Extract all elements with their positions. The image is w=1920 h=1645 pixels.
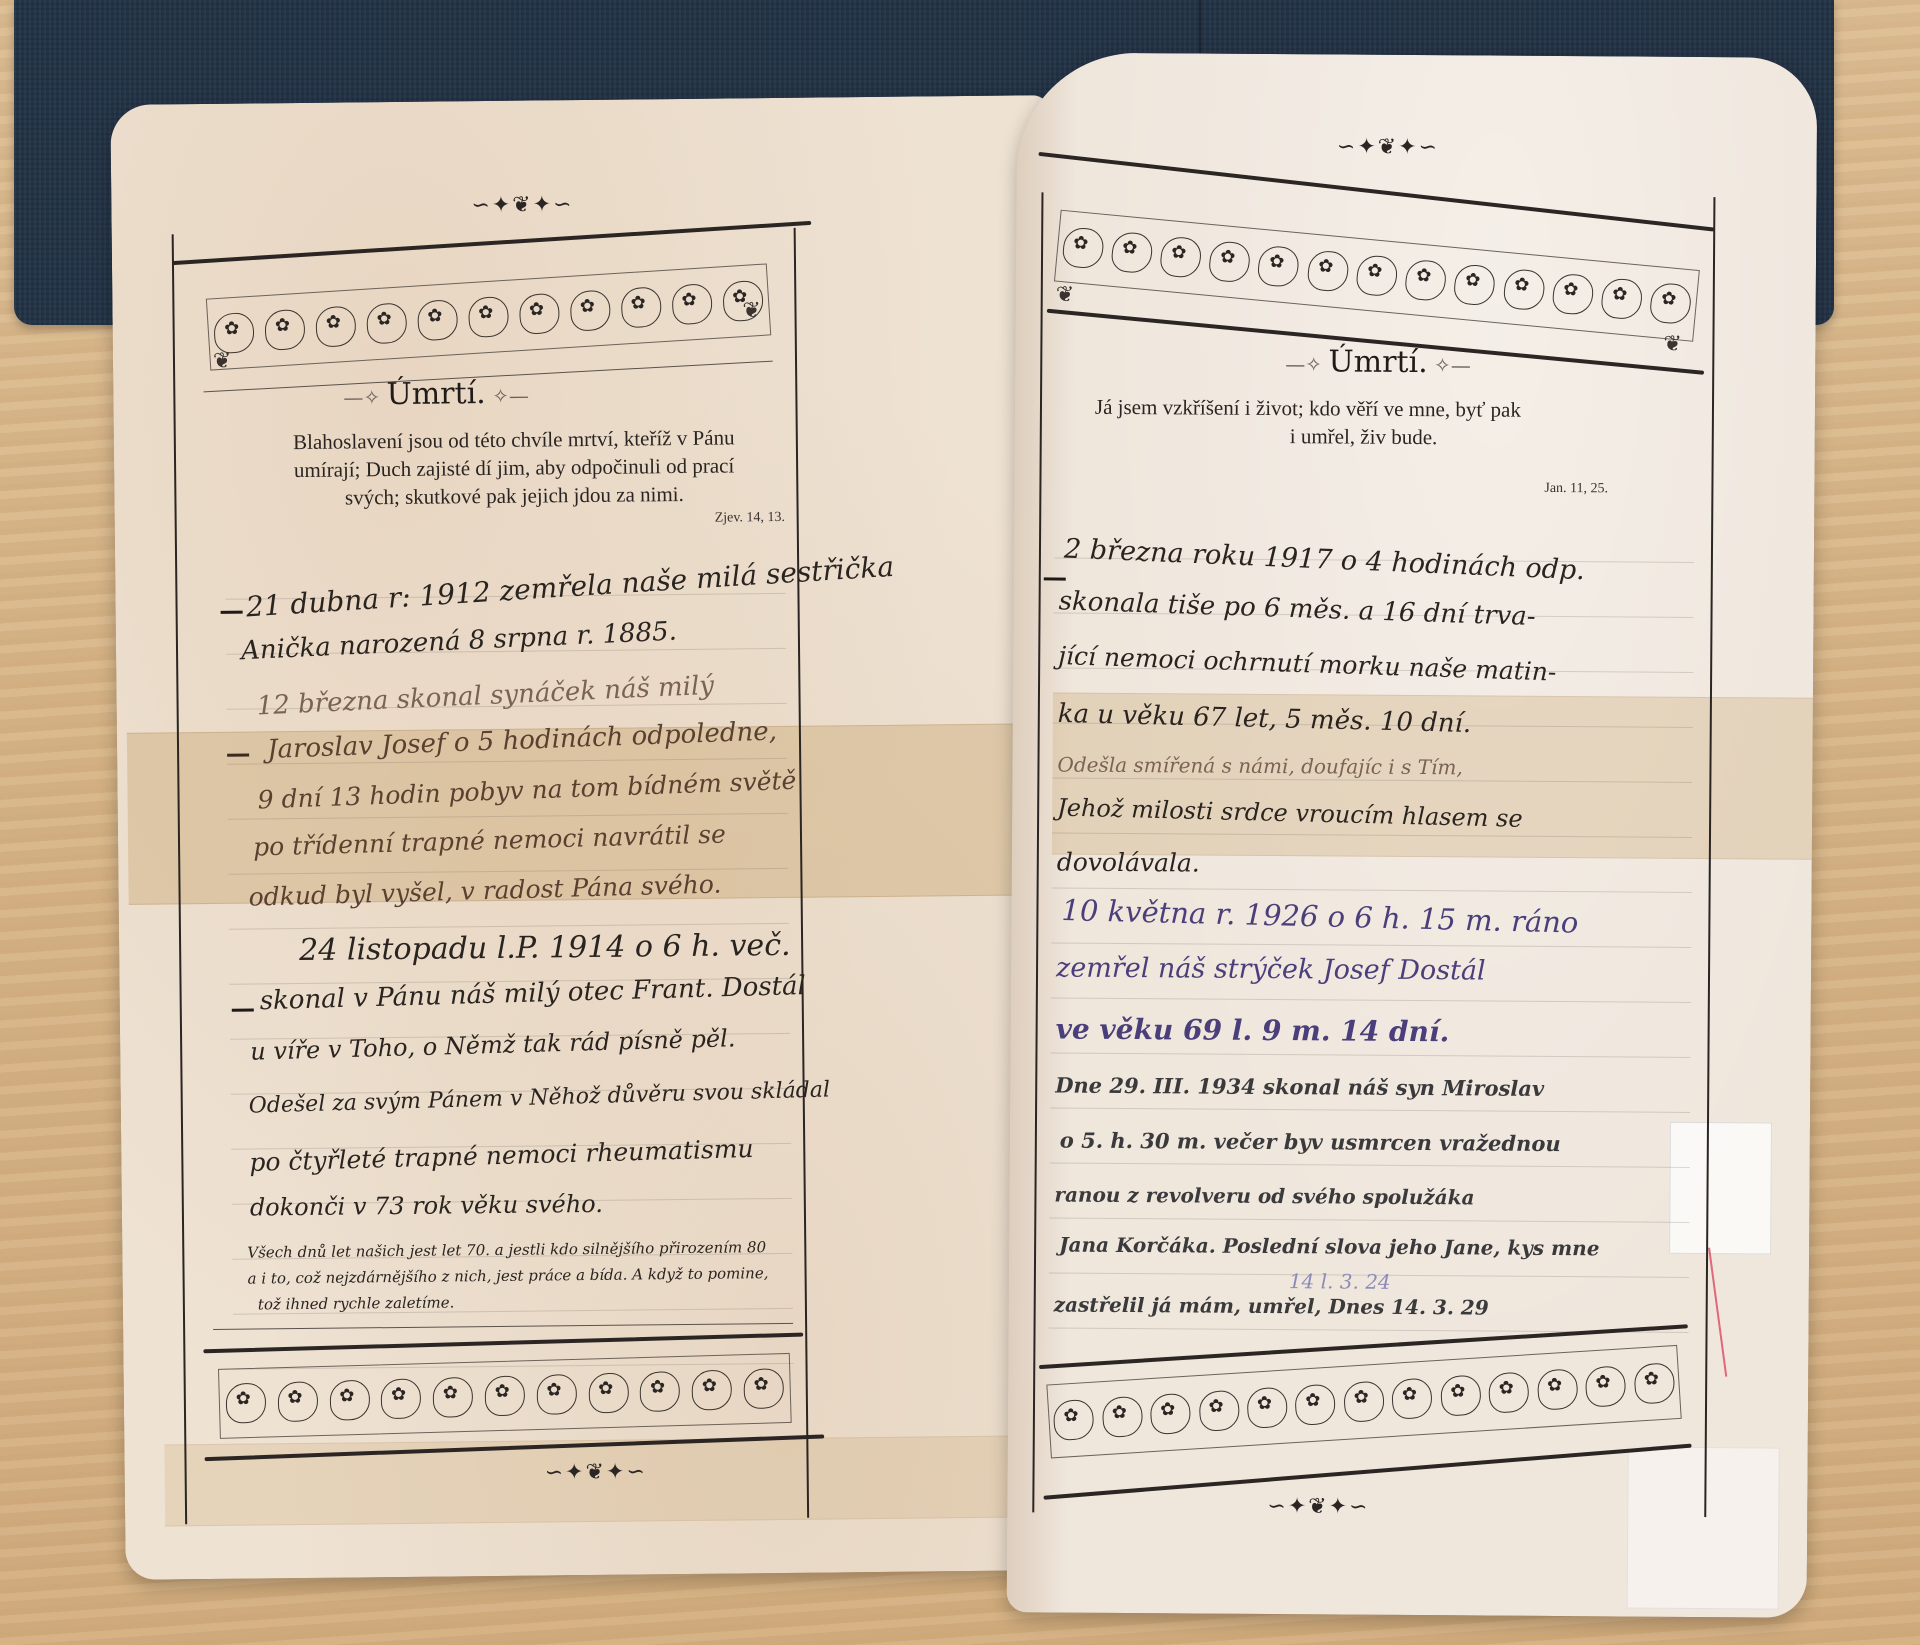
bible-verse: Já jsem vzkříšení i život; kdo věří ve m… [1095, 393, 1635, 453]
entry-dash [221, 611, 243, 614]
r-entry-3-line-3: ranou z revolveru od svého spolužáka [1054, 1183, 1474, 1210]
corner-ornament-icon: ❦ [213, 349, 232, 374]
r-entry-3-line-1: Dne 29. III. 1934 skonal náš syn Mirosla… [1055, 1073, 1544, 1101]
corner-ornament-icon: ❦ [1056, 283, 1075, 308]
corner-ornament-icon: ❦ [742, 298, 761, 323]
r-entry-2-line-2: zemřel náš strýček Josef Dostál [1056, 953, 1486, 987]
psalm-line-3: tož ihned rychle zaletíme. [258, 1293, 455, 1313]
r-entry-3-annotation: 14 l. 3. 24 [1289, 1269, 1391, 1294]
top-flourish-ornament: ∽✦❦✦∽ [471, 192, 573, 218]
page-heading: —✧ Úmrtí. ✧— [1285, 344, 1471, 380]
entry-3-line-6: dokonči v 73 rok věku svého. [250, 1190, 603, 1222]
verse-reference: Zjev. 14, 13. [715, 510, 785, 527]
r-entry-1-line-7: dovolávala. [1057, 848, 1200, 878]
entry-dash [227, 754, 249, 757]
right-page: ∽✦❦✦∽ ❦ ❦ —✧ Úmrtí. ✧— Já jsem vzkříšení… [1007, 52, 1818, 1618]
top-flourish-ornament: ∽✦❦✦∽ [1337, 134, 1439, 160]
bible-verse: Blahoslavení jsou od této chvíle mrtví, … [234, 423, 795, 513]
verse-reference: Jan. 11, 25. [1544, 481, 1608, 497]
left-page: ∽✦❦✦∽ ❦ ❦ —✧ Úmrtí. ✧— Blahoslavení jsou… [110, 95, 1065, 1580]
red-pencil-mark [1708, 1248, 1727, 1377]
r-entry-3-line-5: zastřelil já mám, umřel, Dnes 14. 3. 29 [1054, 1293, 1489, 1320]
bottom-flourish-ornament: ∽✦❦✦∽ [545, 1459, 647, 1485]
r-entry-1-line-5: Odešla smířená s námi, doufajíc i s Tím, [1057, 753, 1462, 780]
r-entry-3-line-4: Jana Korčáka. Poslední slova jeho Jane, … [1059, 1233, 1600, 1261]
page-heading: —✧ Úmrtí. ✧— [343, 376, 529, 413]
entry-3-line-1: 24 listopadu l.P. 1914 o 6 h. več. [299, 928, 791, 968]
r-entry-2-line-3: ve věku 69 l. 9 m. 14 dní. [1056, 1013, 1450, 1049]
entry-dash [232, 1009, 254, 1012]
bottom-flourish-ornament: ∽✦❦✦∽ [1267, 1494, 1369, 1520]
r-entry-3-line-2: o 5. h. 30 m. večer byv usmrcen vražedno… [1060, 1128, 1561, 1156]
corner-ornament-icon: ❦ [1663, 332, 1682, 357]
entry-dash [1044, 577, 1066, 580]
